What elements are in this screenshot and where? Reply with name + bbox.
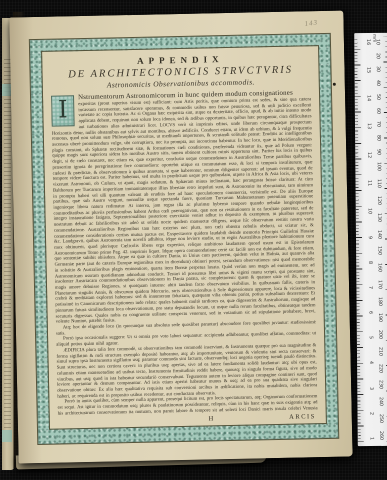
previous-page-text-ghost	[4, 58, 11, 428]
book-page: 143 APPENDIX DE ARCHITECTONICIS STRVCTVR…	[9, 11, 352, 464]
scan-photo-background: { "scan": { "folio_number_handwritten": …	[0, 0, 387, 480]
text-block-area: APPENDIX DE ARCHITECTONICIS STRVCTVRIS A…	[41, 45, 327, 430]
body-text-main: expositas (prout superius visum est) suf…	[51, 97, 316, 325]
drop-cap-initial: I	[51, 95, 75, 126]
ornamental-border-frame: APPENDIX DE ARCHITECTONICIS STRVCTVRIS A…	[30, 34, 338, 444]
handwritten-folio-number: 143	[304, 18, 318, 28]
ruler-ticks	[354, 37, 364, 442]
signature-mark: H	[209, 415, 214, 422]
ruler-ticks	[383, 37, 387, 442]
ruler-scale-mm: 1020304050607080901001101201301401501601…	[372, 39, 383, 440]
scan-ruler: mm 16151413121110987654321 1020304050607…	[354, 33, 387, 446]
previous-page-border-fragment	[2, 430, 12, 442]
body-paragraph: ÆDIFICIA plura talia fore commodè, ut ob…	[56, 343, 317, 400]
text-column: APPENDIX DE ARCHITECTONICIS STRVCTVRIS A…	[50, 51, 317, 416]
ink-spot	[333, 83, 336, 86]
catchword: ARCIS	[289, 413, 316, 421]
